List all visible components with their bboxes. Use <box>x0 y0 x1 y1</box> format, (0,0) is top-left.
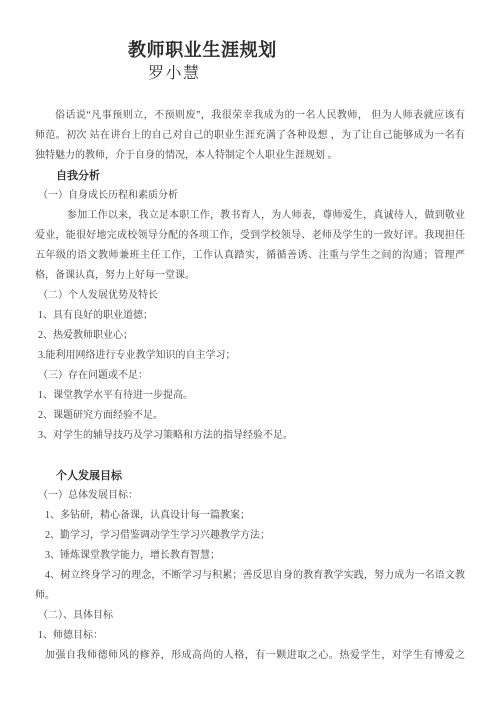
text-line: 1、多钻研，精心备课，认真设计每一篇教案； <box>45 506 465 526</box>
text-line: 2、勤学习，学习借鉴调动学生学习兴趣教学方法； <box>45 526 465 546</box>
text-line: （三）存在问题或不足： <box>38 366 465 386</box>
text-line: 爱业，能很好地完成校领导分配的各项工作，受到学校领导、老师及学生的一致好评。我现… <box>35 226 465 246</box>
document-page: 教师职业生涯规划 罗小慧 俗话说“凡事预则立，不预则废”，我很荣幸我成为的一名人… <box>0 0 500 707</box>
text-line: 1、师德目标： <box>38 626 465 646</box>
text-line: 参加工作以来，我立足本职工作，教书育人，为人师表，尊师爱生，真诚待人，做到敬业 <box>67 206 465 226</box>
blank-line <box>0 446 500 466</box>
document-author: 罗小慧 <box>148 62 500 86</box>
text-line: 五年级的语文教师兼班主任工作，工作认真踏实，循循善诱、注重与学生之间的沟通；管理… <box>35 246 465 266</box>
text-line: 3、对学生的辅导技巧及学习策略和方法的指导经验不足。 <box>38 426 465 446</box>
text-line: 4、树立终身学习的理念，不断学习与积累；善反思自身的教育教学实践，努力成为一名语… <box>45 566 465 586</box>
text-line: （二）个人发展优势及特长 <box>38 286 465 306</box>
document-body: 俗话说“凡事预则立，不预则废”，我很荣幸我成为的一名人民教师， 但为人师表就应该… <box>0 106 500 666</box>
text-line: 3、锤炼课堂教学能力，增长教育智慧； <box>45 546 465 566</box>
text-line: 3.能利用网络进行专业教学知识的自主学习； <box>38 346 465 366</box>
text-line: 1、课堂教学水平有待进一步提高。 <box>38 386 465 406</box>
document-title: 教师职业生涯规划 <box>128 0 500 62</box>
text-line: 2、热爱教师职业心； <box>38 326 465 346</box>
text-line: 2、课题研究方面经验不足。 <box>38 406 465 426</box>
text-line: 格，备课认真，努力上好每一堂课。 <box>35 266 465 286</box>
text-line: 俗话说“凡事预则立，不预则废”，我很荣幸我成为的一名人民教师， 但为人师表就应该… <box>55 106 465 126</box>
text-line: 师范。初次 站在讲台上的自己对自己的职业生涯充满了各种设想 ，为了让自己能够成为… <box>35 126 465 146</box>
text-line: 师。 <box>35 586 465 606</box>
text-line: 自我分析 <box>56 166 465 186</box>
text-line: （一）自身成长历程和素质分析 <box>38 186 465 206</box>
text-line: 个人发展目标 <box>56 466 465 486</box>
text-line: （二）、具体目标 <box>38 606 465 626</box>
text-line: 加强自我师德师风的修养，形成高尚的人格，有一颗进取之心。热爱学生，对学生有博爱之 <box>45 646 465 666</box>
text-line: 独特魅力的教师，介于自身的情况，本人特制定个人职业生涯规划 。 <box>35 146 465 166</box>
text-line: 1、具有良好的职业道德； <box>38 306 465 326</box>
text-line: （一）总体发展目标： <box>38 486 465 506</box>
